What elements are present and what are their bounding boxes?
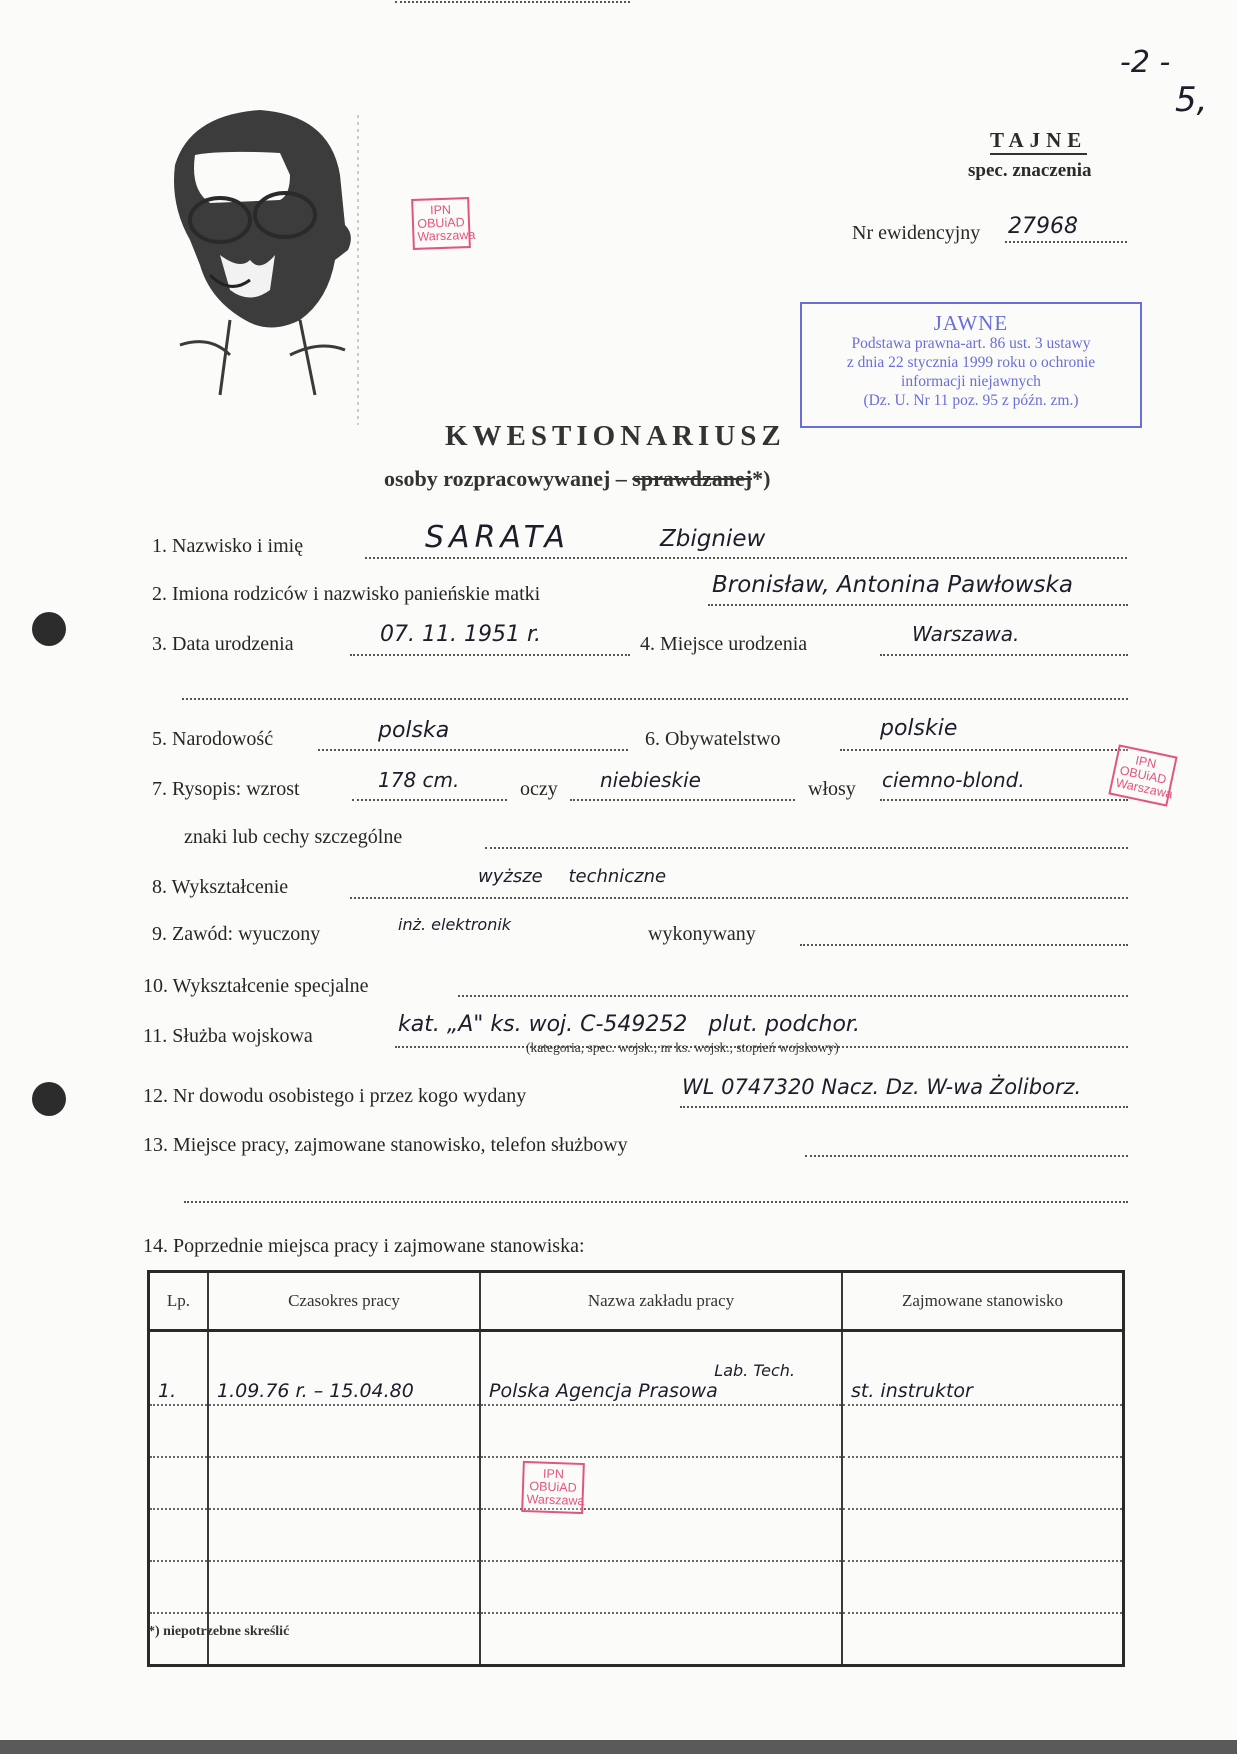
declassification-stamp: JAWNE Podstawa prawna-art. 86 ust. 3 ust… (800, 302, 1142, 428)
table-row (149, 1405, 1124, 1457)
cell-employer[interactable] (480, 1405, 842, 1457)
field-4-label: 4. Miejsce urodzenia (640, 633, 807, 656)
field-2-value[interactable]: Bronisław, Antonina Pawłowska (712, 572, 1073, 598)
registry-line (1005, 240, 1127, 243)
cell-position[interactable] (842, 1561, 1124, 1613)
field-13-extra-line (184, 1200, 1128, 1203)
employer-note: Lab. Tech. (489, 1361, 835, 1380)
field-12-line (680, 1105, 1128, 1108)
cell-employer[interactable]: Lab. Tech.Polska Agencja Prasowa (480, 1331, 842, 1406)
table-row (149, 1509, 1124, 1561)
classification-sublevel: spec. znaczenia (968, 160, 1091, 182)
table-row (149, 1613, 1124, 1666)
subtitle-prefix: osoby rozpracowywanej – (384, 466, 627, 491)
column-header-position: Zajmowane stanowisko (842, 1272, 1124, 1331)
classification-level: TAJNE (990, 128, 1087, 155)
cell-lp[interactable]: 1. (149, 1331, 209, 1406)
footnote: *) niepotrzebne skreślić (148, 1624, 289, 1640)
field-7b-label: znaki lub cechy szczególne (184, 826, 402, 849)
cell-position[interactable] (842, 1405, 1124, 1457)
subtitle-struck: sprawdzanej (632, 466, 752, 491)
ipn-stamp-line: Warszawa (526, 1493, 578, 1508)
field-2-line (708, 603, 1128, 606)
field-6-line (840, 748, 1128, 751)
punch-hole-bottom (32, 1082, 66, 1116)
field-12-label: 12. Nr dowodu osobistego i przez kogo wy… (143, 1085, 526, 1108)
ipn-stamp: IPN OBUiAD Warszawa (411, 197, 471, 250)
cell-lp[interactable] (149, 1405, 209, 1457)
subject-photo (150, 95, 365, 425)
cell-position[interactable]: st. instruktor (842, 1331, 1124, 1406)
declassification-line: z dnia 22 stycznia 1999 roku o ochronie (802, 353, 1140, 372)
questionnaire-page: -2 - 5, IPN OBUiAD Warszawa TAJNE spec. … (0, 0, 1237, 1740)
declassification-line: informacji niejawnych (802, 372, 1140, 391)
ipn-stamp-line: Warszawa (417, 229, 465, 244)
cell-position[interactable] (842, 1457, 1124, 1509)
field-10-label: 10. Wykształcenie specjalne (143, 975, 369, 998)
employer-name: Polska Agencja Prasowa (489, 1380, 835, 1402)
field-5-line (318, 748, 628, 751)
cell-period[interactable] (208, 1457, 480, 1509)
cell-position[interactable] (842, 1509, 1124, 1561)
table-row: 1.1.09.76 r. – 15.04.80Lab. Tech.Polska … (149, 1331, 1124, 1406)
table-header-row: Lp. Czasokres pracy Nazwa zakładu pracy … (149, 1272, 1124, 1331)
cell-lp[interactable] (149, 1509, 209, 1561)
field-3-label: 3. Data urodzenia (152, 633, 294, 656)
field-13-line (805, 1154, 1128, 1157)
field-11-value[interactable]: kat. „A" ks. woj. C-549252 plut. podchor… (398, 1012, 860, 1037)
field-4-extra-line (182, 697, 1128, 700)
cell-employer[interactable] (480, 1561, 842, 1613)
field-7-hair-line (880, 798, 1128, 801)
field-7-eyes[interactable]: niebieskie (600, 768, 701, 792)
declassification-title: JAWNE (802, 312, 1140, 334)
registry-number: 27968 (1008, 214, 1078, 239)
cell-position[interactable] (842, 1613, 1124, 1666)
cell-period[interactable] (208, 1405, 480, 1457)
field-5-label: 5. Narodowość (152, 728, 273, 751)
field-7-height-line (352, 798, 507, 801)
field-12-value[interactable]: WL 0747320 Nacz. Dz. W-wa Żoliborz. (682, 1075, 1081, 1099)
cell-lp[interactable] (149, 1561, 209, 1613)
field-3-line (350, 653, 630, 656)
registry-label: Nr ewidencyjny (852, 222, 980, 245)
field-2-label: 2. Imiona rodziców i nazwisko panieńskie… (152, 583, 540, 606)
field-8-label: 8. Wykształcenie (152, 876, 288, 899)
column-header-employer: Nazwa zakładu pracy (480, 1272, 842, 1331)
ipn-stamp: IPN OBUiAD Warszawa (521, 1461, 585, 1514)
field-8-line (350, 896, 1128, 899)
field-11-hint: (kategoria, spec. wojsk., nr ks. wojsk.,… (526, 1040, 839, 1056)
declassification-line: Podstawa prawna-art. 86 ust. 3 ustawy (802, 334, 1140, 353)
field-4-value[interactable]: Warszawa. (912, 622, 1019, 646)
table-row (149, 1561, 1124, 1613)
field-7-height[interactable]: 178 cm. (378, 768, 459, 792)
column-header-lp: Lp. (149, 1272, 209, 1331)
declassification-line: (Dz. U. Nr 11 poz. 95 z późn. zm.) (802, 391, 1140, 410)
punch-hole-top (32, 612, 66, 646)
cell-employer[interactable] (480, 1509, 842, 1561)
cell-employer[interactable] (480, 1613, 842, 1666)
field-3-value[interactable]: 07. 11. 1951 r. (380, 622, 541, 647)
document-subtitle: osoby rozpracowywanej – sprawdzanej*) (384, 466, 770, 492)
field-6-value[interactable]: polskie (880, 716, 957, 741)
field-6-label: 6. Obywatelstwo (645, 728, 781, 751)
field-7-eyes-label: oczy (520, 778, 558, 801)
field-9-performed-label: wykonywany (648, 923, 756, 946)
subtitle-suffix: *) (752, 466, 770, 491)
cell-period[interactable] (208, 1509, 480, 1561)
page-mark-page: 5, (1175, 80, 1207, 120)
document-title: KWESTIONARIUSZ (445, 420, 786, 453)
field-1-line (365, 556, 1127, 559)
work-history-table: Lp. Czasokres pracy Nazwa zakładu pracy … (147, 1270, 1125, 1667)
field-7-hair[interactable]: ciemno-blond. (882, 768, 1025, 792)
field-9-performed-line (800, 943, 1128, 946)
field-4-line (880, 653, 1128, 656)
field-10-line (458, 994, 1128, 997)
cell-period[interactable] (208, 1561, 480, 1613)
field-11-label: 11. Służba wojskowa (143, 1025, 313, 1048)
field-7-label: 7. Rysopis: wzrost (152, 778, 300, 801)
field-1-label: 1. Nazwisko i imię (152, 535, 303, 558)
cell-period[interactable]: 1.09.76 r. – 15.04.80 (208, 1331, 480, 1406)
field-14-label: 14. Poprzednie miejsca pracy i zajmowane… (143, 1235, 585, 1258)
cell-lp[interactable] (149, 1457, 209, 1509)
field-13-label: 13. Miejsce pracy, zajmowane stanowisko,… (143, 1134, 628, 1157)
field-5-value[interactable]: polska (378, 718, 449, 743)
table-row (149, 1457, 1124, 1509)
page-mark-number: -2 - (1120, 45, 1170, 80)
field-9-label: 9. Zawód: wyuczony (152, 923, 320, 946)
field-7-hair-label: włosy (808, 778, 856, 801)
field-7b-line (485, 846, 1128, 849)
field-8-value[interactable]: wyższe techniczne (478, 866, 666, 887)
field-9-learned[interactable]: inż. elektronik (398, 915, 511, 934)
field-1-first-name[interactable]: Zbigniew (660, 526, 765, 552)
field-9-learned-line (395, 0, 630, 3)
column-header-period: Czasokres pracy (208, 1272, 480, 1331)
field-7-eyes-line (570, 798, 795, 801)
field-1-surname[interactable]: SARATA (425, 520, 570, 555)
